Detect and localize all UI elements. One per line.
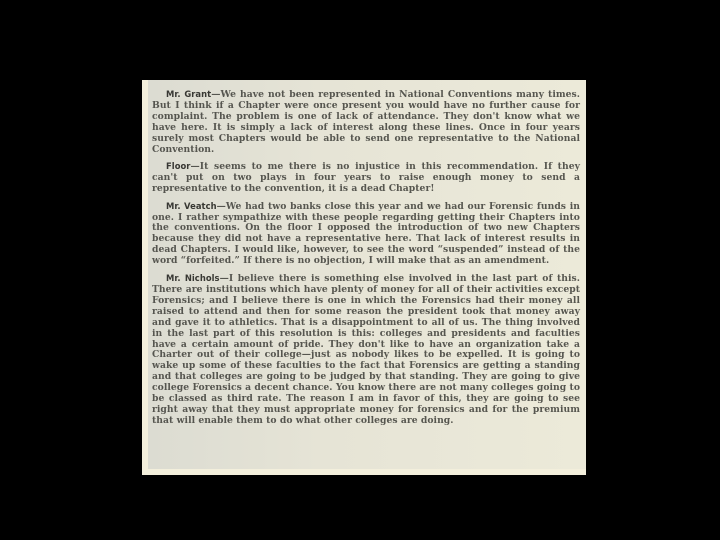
paragraph-text: It seems to me there is no injustice in … — [152, 161, 580, 194]
document-clipping: Mr. Grant—We have not been represented i… — [148, 80, 586, 469]
scanned-page: Mr. Grant—We have not been represented i… — [142, 80, 586, 475]
speaker-name: Mr. Veatch — [166, 201, 217, 211]
paragraph-grant: Mr. Grant—We have not been represented i… — [152, 89, 580, 156]
speaker-name: Mr. Grant — [166, 89, 211, 99]
paragraph-text: I believe there is something else involv… — [152, 273, 580, 426]
em-dash: — — [190, 161, 199, 172]
em-dash: — — [220, 273, 229, 284]
paragraph-veatch: Mr. Veatch—We had two banks close this y… — [152, 201, 580, 268]
paragraph-nichols: Mr. Nichols—I believe there is something… — [152, 273, 580, 427]
paragraph-floor: Floor—It seems to me there is no injusti… — [152, 161, 580, 195]
speaker-name: Mr. Nichols — [166, 273, 220, 283]
em-dash: — — [217, 201, 226, 212]
speaker-name: Floor — [166, 161, 190, 171]
